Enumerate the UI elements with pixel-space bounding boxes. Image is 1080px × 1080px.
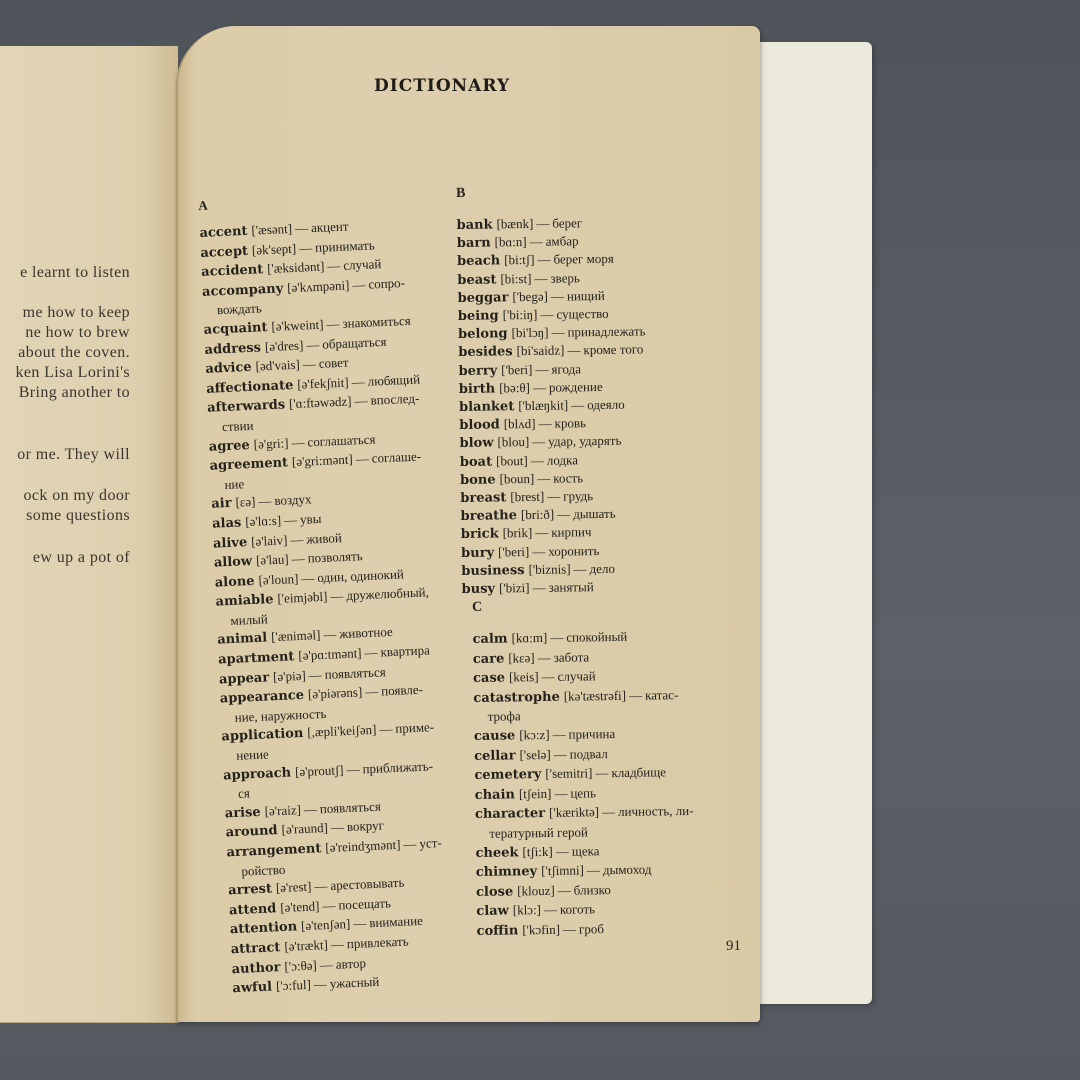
entry-word: accept: [200, 243, 248, 260]
entry-translation: личность, ли-: [618, 803, 694, 819]
entry-translation: животное: [339, 624, 393, 641]
entry-word: chimney: [476, 864, 538, 880]
entry-word: beggar: [457, 290, 508, 306]
entry-transcription: [kɛə]: [508, 650, 535, 665]
entry-translation: катас-: [645, 687, 678, 702]
section-c: Ccalm[kɑ:m]—спокойныйcare[kɛə]—заботаcas…: [472, 596, 757, 941]
dash-separator: —: [556, 843, 569, 858]
entry-translation: обращаться: [322, 333, 387, 351]
left-page-text-line: Bring another to: [19, 384, 130, 402]
dash-separator: —: [299, 240, 313, 256]
entry-transcription: [brik]: [503, 525, 533, 540]
entry-word: blanket: [459, 399, 514, 415]
entry-word: attend: [229, 901, 277, 918]
entry-translation: воздух: [274, 492, 312, 509]
dash-separator: —: [538, 416, 551, 431]
dash-separator: —: [291, 434, 305, 450]
entry-translation: причина: [568, 726, 615, 742]
left-page-text-line: some questions: [26, 507, 130, 525]
entry-translation: кладбище: [611, 764, 666, 780]
dash-separator: —: [550, 630, 563, 645]
entry-word: boat: [460, 454, 492, 469]
page-number: 91: [726, 938, 741, 955]
dash-separator: —: [304, 801, 318, 817]
dash-separator: —: [351, 374, 365, 390]
entry-word: apartment: [218, 649, 295, 667]
entry-transcription: [ɛə]: [235, 494, 256, 510]
entry-transcription: [kɔ:z]: [519, 727, 550, 742]
entry-translation: знакомиться: [342, 313, 411, 331]
left-page-text-line: me how to keep: [23, 304, 130, 322]
entry-transcription: [ə'gri:]: [253, 435, 288, 452]
dash-separator: —: [547, 489, 560, 504]
entry-transcription: [ə'kweint]: [271, 317, 324, 334]
entry-translation: дело: [589, 561, 615, 576]
dash-separator: —: [533, 380, 546, 395]
dash-separator: —: [322, 897, 336, 913]
entry-translation: гроб: [579, 921, 604, 936]
left-page-text-line: ken Lisa Lorini's: [15, 364, 130, 382]
entry-translation: существо: [556, 306, 608, 322]
entry-translation: дышать: [573, 506, 616, 522]
entry-word: bank: [456, 217, 492, 233]
right-page: DICTIONARY Aaccent['æsənt]—акцентaccept[…: [176, 26, 760, 1022]
entry-translation: автор: [335, 955, 366, 971]
entry-transcription: ['bi:iŋ]: [503, 307, 538, 322]
entry-translation: сопро-: [368, 275, 405, 292]
entry-word: care: [473, 651, 505, 666]
dash-separator: —: [295, 220, 309, 236]
entry-translation: позволять: [307, 548, 363, 565]
dash-separator: —: [291, 551, 305, 567]
dash-separator: —: [308, 667, 322, 683]
dash-separator: —: [353, 916, 367, 932]
entry-translation: появле-: [381, 682, 423, 699]
section-a: Aaccent['æsənt]—акцентaccept[ək'sept]—пр…: [198, 187, 493, 999]
entry-word: cheek: [475, 845, 518, 861]
entry-transcription: [ə'lau]: [256, 551, 289, 567]
entry-word: arrest: [228, 882, 272, 899]
entry-word: claw: [476, 904, 509, 919]
dash-separator: —: [535, 361, 548, 376]
left-page-text-line: about the coven.: [18, 344, 130, 362]
entry-word: advice: [205, 360, 252, 377]
dash-separator: —: [302, 356, 316, 372]
dash-separator: —: [535, 525, 548, 540]
entry-word: accompany: [202, 281, 284, 300]
dash-separator: —: [602, 804, 615, 819]
entry-translation: появляться: [320, 798, 382, 816]
dictionary-entry: coffin['kɔfin]—гроб: [476, 918, 756, 942]
entry-transcription: [ə'proutʃ]: [295, 762, 344, 779]
entry-translation: посещать: [338, 895, 391, 912]
entry-transcription: ['ɑ:ftəwədz]: [289, 394, 352, 412]
entry-transcription: [bi:tʃ]: [504, 252, 535, 267]
dash-separator: —: [557, 507, 570, 522]
entry-translation: одеяло: [587, 397, 625, 413]
entry-word: animal: [217, 631, 268, 648]
entry-translation: ужасный: [330, 974, 380, 991]
entry-word: berry: [458, 363, 497, 379]
entry-word: breathe: [461, 508, 518, 524]
entry-translation: лодка: [547, 452, 578, 467]
entry-translation: подвал: [570, 746, 608, 762]
entry-translation: случай: [558, 668, 596, 684]
dash-separator: —: [534, 270, 547, 285]
dash-separator: —: [587, 862, 600, 877]
dash-separator: —: [364, 645, 378, 661]
dash-separator: —: [314, 878, 328, 894]
entry-translation: квартира: [380, 642, 430, 659]
entry-word: cemetery: [474, 767, 541, 783]
entry-translation: совет: [318, 355, 348, 371]
entry-word: approach: [223, 765, 292, 783]
entry-transcription: [tʃi:k]: [522, 843, 553, 858]
entry-transcription: [kɑ:m]: [511, 630, 547, 645]
entry-word: chain: [475, 787, 515, 803]
left-page-text-line: ock on my door: [24, 487, 130, 505]
entry-translation: зверь: [550, 270, 580, 285]
dash-separator: —: [330, 936, 344, 952]
entry-translation: грудь: [563, 488, 593, 503]
entry-word: business: [461, 563, 524, 579]
entry-translation: хоронить: [548, 543, 599, 559]
dash-separator: —: [551, 288, 564, 303]
entry-word: blood: [459, 418, 500, 434]
entry-transcription: ['tʃimni]: [541, 863, 584, 879]
entry-translation: рождение: [549, 379, 603, 395]
entry-translation: дымоход: [603, 862, 652, 878]
entry-word: breast: [460, 490, 506, 506]
entry-transcription: [kə'tæstrəfi]: [564, 688, 626, 704]
entry-word: blow: [459, 436, 493, 451]
entry-transcription: [ə'loun]: [258, 571, 299, 588]
entry-transcription: [bi'lɔŋ]: [511, 325, 548, 341]
entry-word: being: [458, 308, 499, 324]
entry-transcription: [klouz]: [517, 883, 555, 899]
entry-transcription: ['æksidənt]: [267, 259, 325, 276]
entry-translation: принадлежать: [567, 324, 645, 340]
entry-word: agreement: [209, 455, 288, 473]
entry-word: amiable: [215, 592, 273, 610]
dash-separator: —: [352, 277, 366, 293]
entry-word: appear: [219, 670, 270, 687]
entry-word: alone: [214, 574, 254, 591]
entry-transcription: ['kæriktə]: [549, 805, 599, 821]
entry-word: cause: [474, 728, 516, 744]
dash-separator: —: [532, 580, 545, 595]
entry-transcription: [ə'tend]: [280, 898, 320, 915]
dash-separator: —: [538, 650, 551, 665]
dash-separator: —: [571, 397, 584, 412]
entry-transcription: [ə'reindʒmənt]: [325, 837, 401, 855]
entry-transcription: [ə'dres]: [265, 337, 304, 354]
entry-transcription: [ə'rest]: [276, 879, 312, 896]
left-page-text-line: e learnt to listen: [20, 264, 130, 282]
entry-transcription: [blou]: [497, 434, 529, 449]
entry-transcription: [ə'tenʃən]: [301, 916, 351, 933]
entry-transcription: [bɑ:n]: [495, 234, 527, 249]
entry-word: afterwards: [207, 398, 286, 416]
entry-word: birth: [459, 381, 496, 397]
entry-transcription: ['kɔfin]: [522, 922, 560, 938]
dash-separator: —: [595, 765, 608, 780]
entry-transcription: [ə'lɑ:s]: [245, 513, 281, 530]
entry-transcription: [ə'kʌmpəni]: [287, 277, 350, 295]
dash-separator: —: [573, 561, 586, 576]
entry-translation: внимание: [369, 913, 423, 930]
entry-word: catastrophe: [473, 690, 560, 706]
entry-transcription: ['eimjəbl]: [277, 589, 328, 606]
dash-separator: —: [552, 727, 565, 742]
entry-translation: нищий: [567, 288, 605, 304]
entry-transcription: ['biznis]: [528, 561, 570, 577]
entry-transcription: ['æsənt]: [251, 221, 292, 238]
entry-translation: дружелюбный,: [346, 585, 429, 604]
entry-word: character: [475, 806, 545, 822]
entry-word: air: [211, 496, 232, 512]
section-letter: B: [456, 182, 736, 202]
dash-separator: —: [301, 570, 315, 586]
entry-translation: кость: [553, 470, 583, 485]
dash-separator: —: [531, 452, 544, 467]
entry-translation: увы: [300, 511, 322, 527]
dash-separator: —: [290, 531, 304, 547]
dash-separator: —: [355, 451, 369, 467]
entry-word: agree: [209, 438, 251, 455]
dash-separator: —: [536, 216, 549, 231]
entry-translation: берег: [552, 215, 582, 230]
entry-transcription: [tʃein]: [519, 786, 552, 801]
entry-translation: кроме того: [583, 342, 643, 358]
entry-transcription: [bænk]: [496, 216, 533, 232]
entry-transcription: [ək'sept]: [252, 240, 297, 257]
entry-transcription: ['ɔ:θə]: [284, 957, 317, 973]
entry-word: application: [221, 726, 303, 745]
entry-transcription: [ə'gri:mənt]: [292, 452, 353, 470]
dash-separator: —: [532, 543, 545, 558]
dash-separator: —: [331, 820, 345, 836]
entry-transcription: [bri:ð]: [521, 507, 554, 522]
entry-translation: цепь: [570, 785, 596, 800]
entry-translation: берег моря: [553, 251, 613, 267]
entry-word: coffin: [477, 923, 519, 939]
entry-transcription: [ə'trækt]: [284, 937, 328, 954]
entry-transcription: [ə'fekʃnit]: [297, 374, 349, 391]
entry-transcription: ['ɔ:ful]: [276, 977, 311, 994]
entry-transcription: ['blæŋkit]: [518, 397, 568, 413]
left-page: e learnt to listenme how to keepne how t…: [0, 46, 178, 1023]
entry-translation: появляться: [324, 664, 386, 682]
entry-transcription: [ə'raund]: [281, 820, 328, 837]
entry-transcription: [əd'vais]: [255, 357, 300, 374]
entry-word: arise: [225, 805, 261, 822]
entry-transcription: [bi:st]: [500, 271, 531, 286]
entry-transcription: [brest]: [510, 489, 544, 504]
dash-separator: —: [326, 316, 340, 332]
entry-translation: щека: [572, 843, 600, 858]
entry-translation: близко: [574, 882, 611, 898]
dash-separator: —: [258, 493, 272, 509]
dash-separator: —: [319, 956, 333, 972]
entry-word: appearance: [220, 688, 305, 707]
dash-separator: —: [403, 836, 417, 852]
entry-transcription: ['bizi]: [499, 580, 530, 595]
entry-word: alive: [213, 535, 248, 551]
entry-word: accident: [201, 262, 264, 280]
entry-translation: привлекать: [346, 933, 408, 951]
dash-separator: —: [537, 471, 550, 486]
dash-separator: —: [567, 343, 580, 358]
entry-word: allow: [214, 554, 253, 571]
left-page-text-line: ew up a pot of: [33, 549, 130, 567]
entry-translation: амбар: [546, 233, 579, 248]
entry-word: case: [473, 671, 505, 686]
entry-transcription: [bout]: [496, 453, 528, 468]
entry-word: author: [231, 960, 280, 977]
entry-translation: соглаше-: [371, 449, 421, 466]
dash-separator: —: [330, 588, 344, 604]
entry-translation: удар, ударять: [548, 433, 621, 449]
entry-translation: ягода: [551, 361, 581, 376]
entry-word: affectionate: [206, 378, 294, 397]
dash-separator: —: [379, 721, 393, 737]
dash-separator: —: [314, 976, 328, 992]
page-title: DICTIONARY: [374, 76, 510, 96]
entry-word: bone: [460, 472, 496, 487]
dictionary-entry: busy['bizi]—занятый: [462, 576, 742, 598]
entry-transcription: [bə:θ]: [499, 380, 530, 395]
dash-separator: —: [323, 627, 337, 643]
dash-separator: —: [629, 687, 642, 702]
entry-translation: коготь: [560, 902, 595, 917]
entry-transcription: ['beri]: [498, 544, 529, 559]
entry-word: arrangement: [226, 841, 321, 860]
entry-word: belong: [458, 327, 508, 343]
entry-transcription: [ə'piə]: [273, 667, 306, 683]
entry-transcription: [klɔ:]: [513, 902, 541, 917]
entry-translation: спокойный: [566, 629, 627, 645]
entry-word: cellar: [474, 748, 516, 764]
left-page-text-line: ne how to brew: [25, 324, 130, 342]
entry-word: bury: [461, 545, 494, 560]
entry-transcription: [blʌd]: [504, 416, 536, 431]
entry-translation: принимать: [315, 237, 375, 255]
entry-word: close: [476, 884, 513, 900]
dash-separator: —: [554, 746, 567, 761]
entry-transcription: [boun]: [499, 471, 534, 486]
section-b: Bbank[bænk]—берегbarn[bɑ:n]—амбарbeach[b…: [456, 182, 742, 598]
entry-transcription: [,æpli'keiʃən]: [307, 722, 377, 740]
entry-transcription: ['beri]: [501, 362, 532, 377]
entry-transcription: ['æniməl]: [271, 628, 321, 645]
entry-transcription: [bi'saidz]: [517, 343, 565, 359]
entry-transcription: ['semitri]: [545, 765, 592, 781]
entry-translation: занятый: [548, 579, 593, 595]
entry-translation: живой: [306, 530, 342, 547]
entry-transcription: [ə'laiv]: [251, 532, 288, 549]
entry-translation: арестовывать: [330, 875, 405, 893]
entry-word: alas: [212, 515, 242, 531]
section-letter: C: [472, 596, 752, 616]
entry-word: attention: [230, 920, 298, 938]
entry-transcription: [ə'pɑ:tmənt]: [298, 645, 362, 663]
entry-translation: соглашаться: [307, 431, 376, 449]
dash-separator: —: [558, 882, 571, 897]
entry-word: busy: [462, 582, 496, 597]
entry-transcription: [ə'piərəns]: [308, 685, 363, 702]
entry-word: beast: [457, 272, 496, 288]
dash-separator: —: [354, 393, 368, 409]
entry-word: attract: [230, 940, 280, 957]
entry-word: brick: [461, 527, 499, 543]
entry-translation: кровь: [554, 415, 586, 430]
entry-translation: впослед-: [370, 391, 419, 408]
entry-translation: акцент: [311, 218, 349, 235]
entry-translation: приме-: [395, 720, 434, 737]
dash-separator: —: [306, 336, 320, 352]
entry-word: around: [225, 824, 278, 841]
entry-transcription: ['begə]: [512, 289, 548, 304]
entry-translation: случай: [343, 256, 382, 273]
entry-translation: забота: [554, 649, 590, 664]
entry-translation: один, одинокий: [317, 566, 404, 585]
dash-separator: —: [346, 761, 360, 777]
entry-translation: уст-: [419, 835, 442, 851]
entry-word: accent: [199, 224, 248, 241]
entry-translation: кирпич: [551, 525, 591, 541]
entry-word: barn: [457, 236, 491, 251]
dash-separator: —: [554, 785, 567, 800]
entry-word: besides: [458, 345, 513, 361]
entry-transcription: ['selə]: [519, 746, 550, 761]
dash-separator: —: [544, 902, 557, 917]
entry-transcription: [ə'raiz]: [264, 802, 301, 819]
dash-separator: —: [530, 234, 543, 249]
entry-translation: вокруг: [347, 818, 385, 835]
dash-separator: —: [542, 669, 555, 684]
dash-separator: —: [563, 921, 576, 936]
dash-separator: —: [284, 512, 298, 528]
white-paper-sheet: [752, 42, 872, 1004]
entry-translation: любящий: [367, 371, 420, 388]
entry-word: calm: [472, 632, 507, 647]
entry-translation: приближать-: [362, 758, 433, 776]
entry-word: address: [204, 340, 261, 357]
dash-separator: —: [365, 684, 379, 700]
entry-word: acquaint: [203, 320, 267, 338]
dash-separator: —: [327, 258, 341, 274]
dash-separator: —: [551, 325, 564, 340]
entry-transcription: [keis]: [509, 669, 539, 684]
dash-separator: —: [537, 252, 550, 267]
entry-word: awful: [232, 980, 272, 997]
section-letter: A: [198, 187, 458, 214]
entry-word: beach: [457, 254, 500, 270]
dash-separator: —: [540, 307, 553, 322]
dash-separator: —: [532, 434, 545, 449]
left-page-text-line: or me. They will: [17, 446, 130, 464]
